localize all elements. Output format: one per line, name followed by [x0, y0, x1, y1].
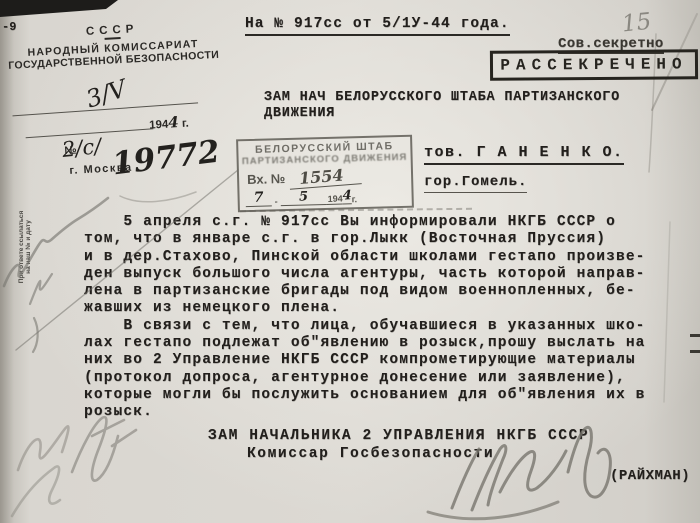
reference-line: На № 917сс от 5/1У-44 года.	[245, 16, 510, 36]
recipient-org-line1: ЗАМ НАЧ БЕЛОРУССКОГО ШТАБА ПАРТИЗАНСКОГО	[264, 90, 620, 105]
recipient-name: тов. Г А Н Е Н К О.	[424, 144, 624, 165]
incoming-stamp: БЕЛОРУССКИЙ ШТАБ ПАРТИЗАНСКОГО ДВИЖЕНИЯ …	[236, 135, 414, 213]
stamp-date-dash: -	[272, 196, 281, 206]
margin-tick	[690, 350, 700, 353]
margin-note: При ответе ссылаться на наш № и дату	[18, 192, 32, 302]
body-line: лах гестапо подлежат об"явлению в розыск…	[84, 335, 684, 352]
margin-tick	[690, 334, 700, 337]
stamp-number-label: Вх. №	[247, 171, 286, 187]
stamp-year-digit: 4	[342, 188, 351, 204]
stamp-day: 7	[245, 189, 271, 207]
body-line: жавших из немецкого плена.	[84, 300, 684, 317]
stamp-year-suffix: г.	[352, 194, 358, 204]
document-scan: -9 15 СССР НАРОДНЫЙ КОМИССАРИАТ ГОСУДАРС…	[0, 0, 700, 523]
handwritten-number-prefix: 2/с/	[61, 134, 103, 162]
body-line: них во 2 Управление НКГБ СССР компромети…	[84, 352, 684, 369]
body-line: том, что в январе с.г. в гор.Лыкк (Восто…	[84, 231, 684, 248]
signer-title-line2: Комиссар Госбезопасности	[247, 446, 494, 462]
body-text: 5 апреля с.г. № 917сс Вы информировали Н…	[84, 214, 684, 422]
year-printed: 194	[149, 119, 169, 132]
body-line: лена в партизанские бригады под видом во…	[84, 283, 684, 300]
recipient-city: гор.Гомель.	[424, 174, 527, 193]
body-line: которые могли бы послужить основанием дл…	[84, 387, 684, 404]
recipient-org-line2: ДВИЖЕНИЯ	[264, 106, 335, 121]
year-digit-handwritten: 4	[168, 113, 179, 132]
stamp-month: 5	[280, 189, 326, 206]
pencil-page-number: 15	[621, 9, 653, 38]
declassified-stamp: РАССЕКРЕЧЕНО	[490, 49, 698, 80]
margin-note-line2: на наш № и дату	[25, 192, 32, 302]
binding-shadow	[0, 0, 118, 17]
body-line: 5 апреля с.г. № 917сс Вы информировали Н…	[84, 214, 684, 231]
body-line: ден выпуск большого числа агентуры, част…	[84, 266, 684, 283]
body-line: (протокол допроса, агентурное донесение …	[84, 370, 684, 387]
body-line: В связи с тем, что лица, обучавшиеся в у…	[84, 318, 684, 335]
signer-name: (РАЙХМАН)	[610, 468, 690, 484]
stamp-number-value: 1554	[288, 164, 361, 190]
letterhead-year: 1944 г.	[149, 113, 190, 133]
signer-title-line1: ЗАМ НАЧАЛЬНИКА 2 УПРАВЛЕНИЯ НКГБ СССР	[208, 428, 589, 444]
margin-note-line1: При ответе ссылаться	[18, 192, 25, 302]
stamp-year-printed: 194	[327, 194, 343, 205]
letterhead-rule	[105, 37, 121, 40]
body-line: и в дер.Стахово, Пинской области школами…	[84, 249, 684, 266]
body-line: розыск.	[84, 404, 684, 421]
stamp-date-row: 7 - 5 194 4 г.	[245, 186, 411, 207]
year-suffix: г.	[182, 118, 189, 130]
